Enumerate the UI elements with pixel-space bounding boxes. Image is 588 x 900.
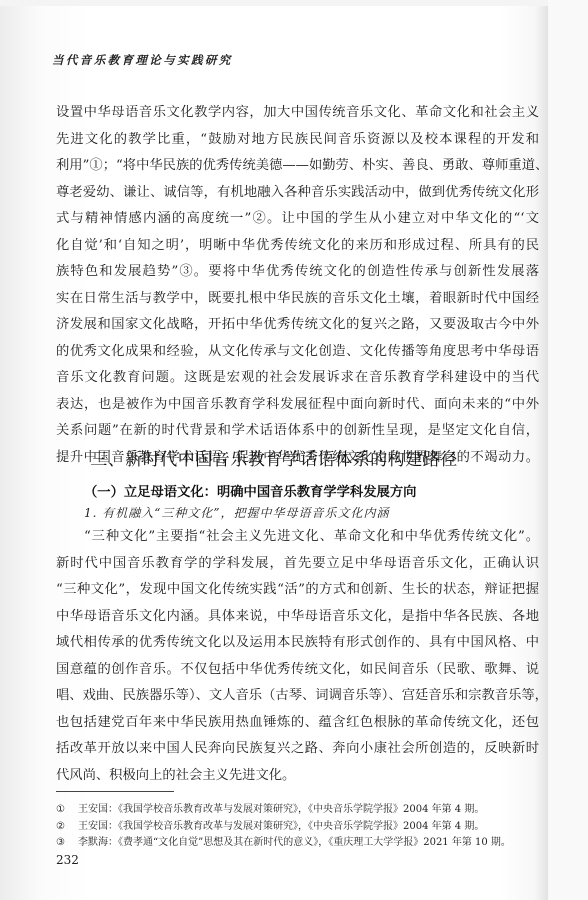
text-line: 实在日常生活与教学中，既要扎根中华民族的音乐文化土壤，着眼新时代中国经 <box>56 286 539 313</box>
running-head: 当代音乐教育理论与实践研究 <box>52 52 233 68</box>
text-line: 域代相传承的优秀传统文化以及运用本民族特有形式创作的、具有中国风格、中 <box>56 630 539 657</box>
text-line: 音乐文化教育问题。这既是宏观的社会发展诉求在音乐教育学科建设中的当代 <box>56 365 539 392</box>
text-line: 表达，也是被作为中国音乐教育学科发展征程中面向新时代、面向未来的“中外 <box>56 392 539 419</box>
text-line: 尊老爱幼、谦让、诚信等，有机地融入各种音乐实践活动中，做到优秀传统文化形 <box>56 180 539 207</box>
paragraph-1: 设置中华母语音乐文化教学内容，加大中国传统音乐文化、革命文化和社会主义 先进文化… <box>56 100 539 471</box>
footnote-text: 李默海：《费孝通“文化自觉”思想及其在新时代的意义》，《重庆理工大学学报》202… <box>78 835 511 852</box>
text-line: 代风尚、积极向上的社会主义先进文化。 <box>56 763 539 790</box>
footnote-text: 王安国：《我国学校音乐教育改革与发展对策研究》，《中央音乐学院学报》2004 年… <box>78 802 484 819</box>
footnote-number: ③ <box>56 835 78 852</box>
text-line: 的优秀文化成果和经验，从文化传承与文化创造、文化传播等角度思考中华母语 <box>56 339 539 366</box>
text-line: 也包括建党百年来中华民族用热血锤炼的、蕴含红色根脉的革命传统文化，还包 <box>56 710 539 737</box>
text-line: 先进文化的教学比重，“鼓励对地方民族民间音乐资源以及校本课程的开发和 <box>56 127 539 154</box>
text-line: 新时代中国音乐教育学的学科发展，首先要立足中华母语音乐文化，正确认识 <box>56 551 539 578</box>
text-line: 利用”①；“将中华民族的优秀传统美德——如勤劳、朴实、善良、勇敢、尊师重道、 <box>56 153 539 180</box>
text-line: 括改革开放以来中国人民奔向民族复兴之路、奔向小康社会所创造的，反映新时 <box>56 736 539 763</box>
page-number: 232 <box>56 853 79 867</box>
page-edge <box>548 0 588 900</box>
text-line: 济发展和国家文化战略，开拓中华优秀传统文化的复兴之路，又要汲取古今中外 <box>56 312 539 339</box>
text-line: 化自觉’和‘自知之明’，明晰中华优秀传统文化的来历和形成过程、所具有的民 <box>56 233 539 260</box>
text-line: 式与精神情感内涵的高度统一”②。让中国的学生从小建立对中华文化的“‘文 <box>56 206 539 233</box>
text-line: 关系问题”在新的时代背景和学术话语体系中的创新性呈现，是坚定文化自信， <box>56 418 539 445</box>
footnote-2: ② 王安国：《我国学校音乐教育改革与发展对策研究》，《中央音乐学院学报》2004… <box>56 819 511 836</box>
sub-sub-heading: 1. 有机融入“三种文化”，把握中华母语音乐文化内涵 <box>84 504 390 521</box>
text-line: 族特色和发展趋势”③。要将中华优秀传统文化的创造性传承与创新性发展落 <box>56 259 539 286</box>
text-line: 设置中华母语音乐文化教学内容，加大中国传统音乐文化、革命文化和社会主义 <box>56 100 539 127</box>
text-line: “三种文化”主要指“社会主义先进文化、革命文化和中华优秀传统文化”。 <box>56 524 539 551</box>
footnote-number: ① <box>56 802 78 819</box>
paragraph-2: “三种文化”主要指“社会主义先进文化、革命文化和中华优秀传统文化”。 新时代中国… <box>56 524 539 789</box>
text-line: 唱、戏曲、民族器乐等）、文人音乐（古琴、词调音乐等）、宫廷音乐和宗教音乐等， <box>56 683 539 710</box>
text-line: “三种文化”，发现中国文化传统实践“活”的方式和创新、生长的状态，辩证把握 <box>56 577 539 604</box>
footnotes: ① 王安国：《我国学校音乐教育改革与发展对策研究》，《中央音乐学院学报》2004… <box>56 802 511 852</box>
text-line: 国意蕴的创作音乐。不仅包括中华优秀传统文化，如民间音乐（民歌、歌舞、说 <box>56 657 539 684</box>
sub-heading: （一）立足母语文化：明确中国音乐教育学学科发展方向 <box>84 481 416 500</box>
footnote-3: ③ 李默海：《费孝通“文化自觉”思想及其在新时代的意义》，《重庆理工大学学报》2… <box>56 835 511 852</box>
book-page: 当代音乐教育理论与实践研究 设置中华母语音乐文化教学内容，加大中国传统音乐文化、… <box>0 6 548 900</box>
text-line: 中华母语音乐文化内涵。具体来说，中华母语音乐文化，是指中华各民族、各地 <box>56 604 539 631</box>
section-title: 三、新时代中国音乐教育学话语体系的构建路径 <box>0 445 548 470</box>
footnote-1: ① 王安国：《我国学校音乐教育改革与发展对策研究》，《中央音乐学院学报》2004… <box>56 802 511 819</box>
footnote-number: ② <box>56 819 78 836</box>
footnote-text: 王安国：《我国学校音乐教育改革与发展对策研究》，《中央音乐学院学报》2004 年… <box>78 819 484 836</box>
footnote-divider <box>56 791 174 792</box>
